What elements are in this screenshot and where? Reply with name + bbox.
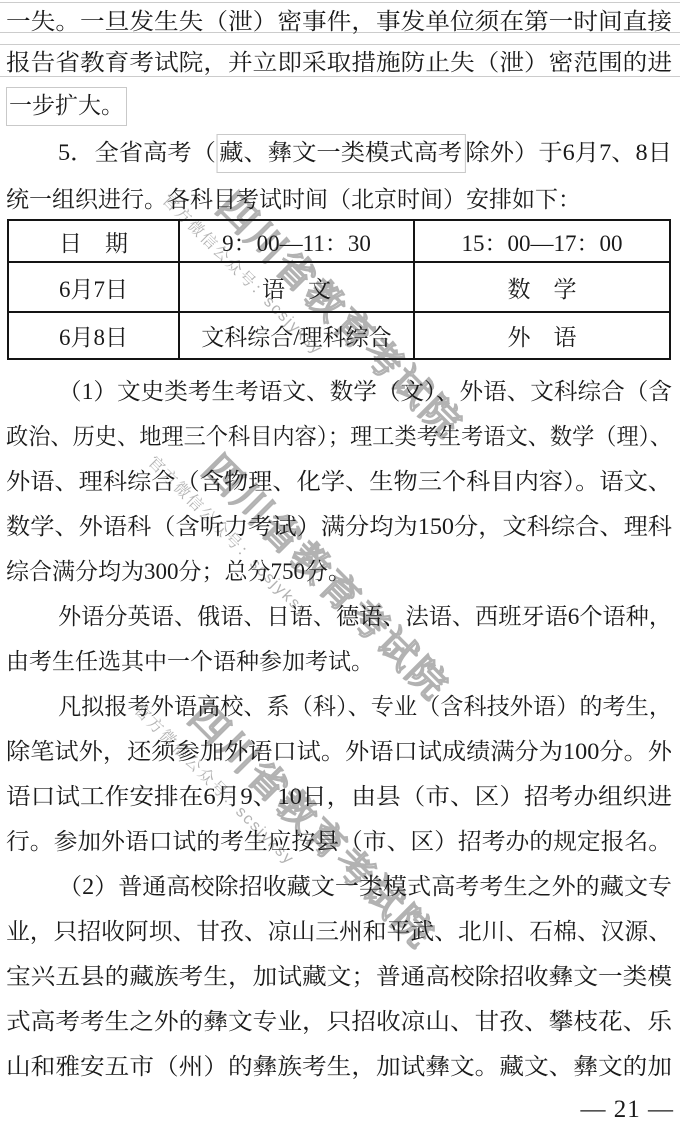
boxed-phrase: 藏、彝文一类模式高考 (216, 134, 465, 173)
text-line: 山和雅安五市（州）的彝族考生，加试彝文。藏文、彝文的加 (6, 1051, 672, 1085)
text-line: 一步扩大。 (6, 90, 672, 124)
text-line: 综合满分均为300分；总分750分。 (6, 556, 672, 590)
para1-line-4: 数学、外语科（含听力考试）满分均为150分，文科综合、理科 (6, 511, 672, 542)
intro-line-1: 一失。一旦发生失（泄）密事件，事发单位须在第一时间直接 (6, 6, 672, 37)
text-line: 语口试工作安排在6月9、10日，由县（市、区）招考办组织进 (6, 781, 672, 815)
item5-post: 除外）于6月7、8日 (465, 140, 672, 165)
page-number: — 21 — (581, 1096, 675, 1121)
table-cell-date-june8: 6月8日 (9, 313, 180, 358)
intro-line-2: 报告省教育考试院，并立即采取措施防止失（泄）密范围的进 (6, 47, 672, 78)
para1-line-3: 外语、理科综合（含物理、化学、生物三个科目内容）。语文、 (6, 466, 672, 497)
para1-line-5: 综合满分均为300分；总分750分。 (6, 559, 351, 584)
table-header-morning: 9：00—11：30 (180, 221, 415, 263)
text-line: （2）普通高校除招收藏文一类模式高考考生之外的藏文专 (6, 871, 672, 905)
text-line: 除笔试外，还须参加外语口试。外语口试成绩满分为100分。外 (6, 736, 672, 770)
para4-line-3: 宝兴五县的藏族考生，加试藏文；普通高校除招收彝文一类模 (6, 961, 672, 992)
text-line: 数学、外语科（含听力考试）满分均为150分，文科综合、理科 (6, 511, 672, 545)
exam-schedule-table: 日 期 9：00—11：30 15：00—17：00 6月7日 语 文 数 学 … (7, 219, 671, 360)
para4-line-2: 业，只招收阿坝、甘孜、凉山三州和平武、北川、石棉、汉源、 (6, 916, 672, 947)
para3-line-2: 除笔试外，还须参加外语口试。外语口试成绩满分为100分。外 (6, 736, 672, 767)
text-line: 宝兴五县的藏族考生，加试藏文；普通高校除招收彝文一类模 (6, 961, 672, 995)
text-line: 式高考考生之外的彝文专业，只招收凉山、甘孜、攀枝花、乐 (6, 1006, 672, 1040)
text-line: 一失。一旦发生失（泄）密事件，事发单位须在第一时间直接 (6, 6, 672, 40)
text-line: 行。参加外语口试的考生应按县（市、区）招考办的规定报名。 (6, 826, 672, 860)
para3-line-4: 行。参加外语口试的考生应按县（市、区）招考办的规定报名。 (6, 826, 672, 857)
text-line: 统一组织进行。各科目考试时间（北京时间）安排如下： (6, 184, 672, 218)
text-line: 业，只招收阿坝、甘孜、凉山三州和平武、北川、石棉、汉源、 (6, 916, 672, 950)
para4-line-1: （2）普通高校除招收藏文一类模式高考考生之外的藏文专 (58, 871, 672, 902)
para3-line-1: 凡拟报考外语高校、系（科）、专业（含科技外语）的考生， (58, 691, 672, 722)
text-line: （1）文史类考生考语文、数学（文）、外语、文科综合（含 (6, 376, 672, 410)
text-line: 政治、历史、地理三个科目内容）；理工类考生考语文、数学（理）、 (6, 421, 672, 455)
item5-line-2: 统一组织进行。各科目考试时间（北京时间）安排如下： (6, 187, 581, 212)
para1-line-1: （1）文史类考生考语文、数学（文）、外语、文科综合（含 (58, 376, 672, 407)
table-header-afternoon: 15：00—17：00 (415, 221, 669, 263)
intro-line-3-boxed: 一步扩大。 (6, 87, 127, 126)
para2-line-1: 外语分英语、俄语、日语、德语、法语、西班牙语6个语种， (58, 601, 672, 632)
text-line: 5．全省高考（藏、彝文一类模式高考除外）于6月7、8日 (6, 137, 672, 171)
text-line: 报告省教育考试院，并立即采取措施防止失（泄）密范围的进 (6, 47, 672, 81)
table-cell-chinese: 语 文 (180, 263, 415, 313)
text-line: 外语、理科综合（含物理、化学、生物三个科目内容）。语文、 (6, 466, 672, 500)
table-cell-date-june7: 6月7日 (9, 263, 180, 313)
para2-line-2: 由考生任选其中一个语种参加考试。 (6, 649, 374, 674)
para1-line-2: 政治、历史、地理三个科目内容）；理工类考生考语文、数学（理）、 (6, 421, 672, 452)
para4-line-5: 山和雅安五市（州）的彝族考生，加试彝文。藏文、彝文的加 (6, 1051, 672, 1082)
para4-line-4: 式高考考生之外的彝文专业，只招收凉山、甘孜、攀枝花、乐 (6, 1006, 672, 1037)
table-cell-foreign-language: 外 语 (415, 313, 669, 358)
table-header-date: 日 期 (9, 221, 180, 263)
text-line: 凡拟报考外语高校、系（科）、专业（含科技外语）的考生， (6, 691, 672, 725)
para3-line-3: 语口试工作安排在6月9、10日，由县（市、区）招考办组织进 (6, 781, 672, 812)
text-line: 由考生任选其中一个语种参加考试。 (6, 646, 672, 680)
item5-pre: 5．全省高考（ (58, 140, 216, 165)
text-line: 外语分英语、俄语、日语、德语、法语、西班牙语6个语种， (6, 601, 672, 635)
table-cell-math: 数 学 (415, 263, 669, 313)
table-cell-comprehensive: 文科综合/理科综合 (180, 313, 415, 358)
document-page: 四川省教育考试院 官方微信公众号：scsjyksy 四川省教育考试院 官方微信公… (0, 0, 680, 1121)
item5-line-1: 5．全省高考（藏、彝文一类模式高考除外）于6月7、8日 (58, 137, 672, 168)
